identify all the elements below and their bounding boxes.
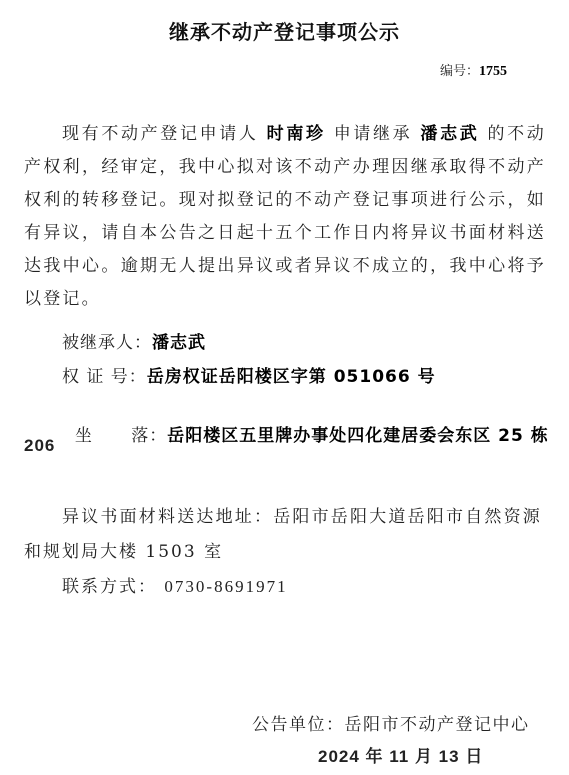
body-text-b: 申请继承 [334,124,413,144]
cert-label: 权 证 号： [62,367,147,387]
notice-date: 2024 年 11 月 13 日 [318,742,483,767]
cert-value: 岳房权证岳阳楼区字第 051066 号 [147,367,436,387]
location-label: 坐 落： [75,426,167,446]
address-value-line1: 岳阳市岳阳大道岳阳市自然资源 [273,507,542,527]
body-text-c: 的不动产权利，经审定，我中心拟对该不动产办理因继承取得不动产权利的转移登记。现对… [24,124,546,309]
notice-body: 现有不动产登记申请人 时南珍 申请继承 潘志武 的不动产权利，经审定，我中心拟对… [24,118,546,316]
address-line1: 异议书面材料送达地址：岳阳市岳阳大道岳阳市自然资源 [62,502,542,527]
address-value-line2: 和规划局大楼 1503 室 [24,537,223,562]
body-text-a: 现有不动产登记申请人 [62,124,259,144]
serial-label: 编号： [440,64,479,79]
address-label: 异议书面材料送达地址： [62,507,273,527]
cert-field: 权 证 号：岳房权证岳阳楼区字第 051066 号 [62,362,436,387]
issuer-value: 岳阳市不动产登记中心 [345,715,530,735]
serial-value: 1755 [479,64,507,79]
location-value-line2: 206 [24,436,55,456]
phone-label: 联系方式： [62,577,157,597]
phone-value: 0730-8691971 [164,577,287,596]
applicant-name: 时南珍 [267,124,326,144]
location-field: 坐 落：岳阳楼区五里牌办事处四化建居委会东区 25 栋 [62,401,549,446]
issuer-line: 公告单位：岳阳市不动产登记中心 [252,710,530,735]
decedent-value: 潘志武 [152,333,206,353]
location-value-line1: 岳阳楼区五里牌办事处四化建居委会东区 25 栋 [167,426,549,446]
decedent-label: 被继承人： [62,333,152,353]
page-title: 继承不动产登记事项公示 [0,16,569,45]
phone-field: 联系方式： 0730-8691971 [62,572,288,597]
decedent-name: 潘志武 [420,124,479,144]
issuer-label: 公告单位： [252,715,345,735]
decedent-field: 被继承人：潘志武 [62,328,206,353]
serial-number: 编号：1755 [440,60,507,80]
